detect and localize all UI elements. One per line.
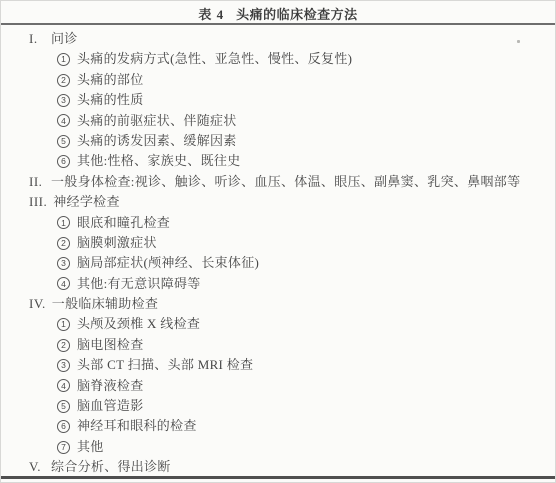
- table-title: 头痛的临床检查方法: [236, 4, 358, 23]
- item-text: 头颅及颈椎 X 线检查: [77, 316, 200, 331]
- list-item: 6神经耳和眼科的检查: [1, 416, 555, 436]
- circled-number-icon: 1: [57, 216, 70, 229]
- item-text: 头痛的发病方式(急性、亚急性、慢性、反复性): [77, 51, 352, 66]
- circled-number-icon: 4: [57, 379, 70, 392]
- circled-number-icon: 2: [57, 237, 70, 250]
- section-row-neuro-exam: III.神经学检查: [1, 192, 555, 212]
- list-item: 7其他: [1, 437, 555, 457]
- section-row-interrogation: I.问诊: [1, 29, 555, 49]
- item-text: 其他: [77, 439, 104, 454]
- list-item: 1头痛的发病方式(急性、亚急性、慢性、反复性): [1, 49, 555, 69]
- list-item: 1头颅及颈椎 X 线检查: [1, 314, 555, 334]
- circled-number-icon: 7: [57, 441, 70, 454]
- list-item: 6其他:性格、家族史、既往史: [1, 151, 555, 171]
- list-item: 2头痛的部位: [1, 70, 555, 90]
- item-text: 其他:性格、家族史、既往史: [77, 153, 241, 168]
- section-text: 神经学检查: [53, 194, 120, 209]
- scanned-document-page: 表 4 头痛的临床检查方法 I.问诊 1头痛的发病方式(急性、亚急性、慢性、反复…: [0, 0, 556, 483]
- circled-number-icon: 5: [57, 400, 70, 413]
- item-text: 脑脊液检查: [77, 378, 144, 393]
- list-item: 2脑膜刺激症状: [1, 233, 555, 253]
- section-numeral: II.: [29, 172, 45, 192]
- section-row-general-exam: II.一般身体检查:视诊、触诊、听诊、血压、体温、眼压、副鼻窦、乳突、鼻咽部等: [1, 172, 555, 192]
- list-item: 3脑局部症状(颅神经、长束体征): [1, 253, 555, 273]
- section-text: 问诊: [51, 31, 78, 46]
- item-text: 眼底和瞳孔检查: [77, 215, 170, 230]
- list-item: 1眼底和瞳孔检查: [1, 213, 555, 233]
- circled-number-icon: 4: [57, 114, 70, 127]
- table-body: I.问诊 1头痛的发病方式(急性、亚急性、慢性、反复性) 2头痛的部位 3头痛的…: [1, 25, 555, 476]
- circled-number-icon: 4: [57, 277, 70, 290]
- list-item: 4头痛的前驱症状、伴随症状: [1, 111, 555, 131]
- circled-number-icon: 3: [57, 94, 70, 107]
- table-caption: 表 4 头痛的临床检查方法: [1, 1, 555, 23]
- circled-number-icon: 3: [57, 359, 70, 372]
- section-numeral: I.: [29, 29, 45, 49]
- item-text: 脑血管造影: [77, 398, 144, 413]
- item-text: 头部 CT 扫描、头部 MRI 检查: [77, 357, 253, 372]
- section-row-auxiliary-exam: IV.一般临床辅助检查: [1, 294, 555, 314]
- item-text: 头痛的前驱症状、伴随症状: [77, 113, 237, 128]
- circled-number-icon: 1: [57, 318, 70, 331]
- list-item: 4脑脊液检查: [1, 376, 555, 396]
- item-text: 脑局部症状(颅神经、长束体征): [77, 255, 259, 270]
- circled-number-icon: 6: [57, 155, 70, 168]
- list-item: 5头痛的诱发因素、缓解因素: [1, 131, 555, 151]
- item-text: 头痛的部位: [77, 72, 144, 87]
- item-text: 头痛的诱发因素、缓解因素: [77, 133, 237, 148]
- section-text: 一般临床辅助检查: [52, 296, 158, 311]
- circled-number-icon: 5: [57, 135, 70, 148]
- list-item: 4其他:有无意识障碍等: [1, 274, 555, 294]
- section-numeral: III.: [29, 192, 47, 212]
- section-numeral: V.: [29, 457, 45, 477]
- circled-number-icon: 1: [57, 53, 70, 66]
- section-text: 一般身体检查:视诊、触诊、听诊、血压、体温、眼压、副鼻窦、乳突、鼻咽部等: [51, 174, 520, 189]
- circled-number-icon: 2: [57, 339, 70, 352]
- list-item: 5脑血管造影: [1, 396, 555, 416]
- item-text: 头痛的性质: [77, 92, 144, 107]
- bottom-rule: [1, 476, 555, 479]
- list-item: 3头部 CT 扫描、头部 MRI 检查: [1, 355, 555, 375]
- circled-number-icon: 3: [57, 257, 70, 270]
- item-text: 脑膜刺激症状: [77, 235, 157, 250]
- item-text: 神经耳和眼科的检查: [77, 418, 197, 433]
- circled-number-icon: 6: [57, 420, 70, 433]
- item-text: 脑电图检查: [77, 337, 144, 352]
- section-text: 综合分析、得出诊断: [51, 459, 171, 474]
- list-item: 3头痛的性质: [1, 90, 555, 110]
- item-text: 其他:有无意识障碍等: [77, 276, 201, 291]
- list-item: 2脑电图检查: [1, 335, 555, 355]
- scan-artifact: [517, 40, 520, 43]
- circled-number-icon: 2: [57, 74, 70, 87]
- section-row-diagnosis: V.综合分析、得出诊断: [1, 457, 555, 477]
- section-numeral: IV.: [29, 294, 46, 314]
- table-number-label: 表 4: [198, 4, 224, 23]
